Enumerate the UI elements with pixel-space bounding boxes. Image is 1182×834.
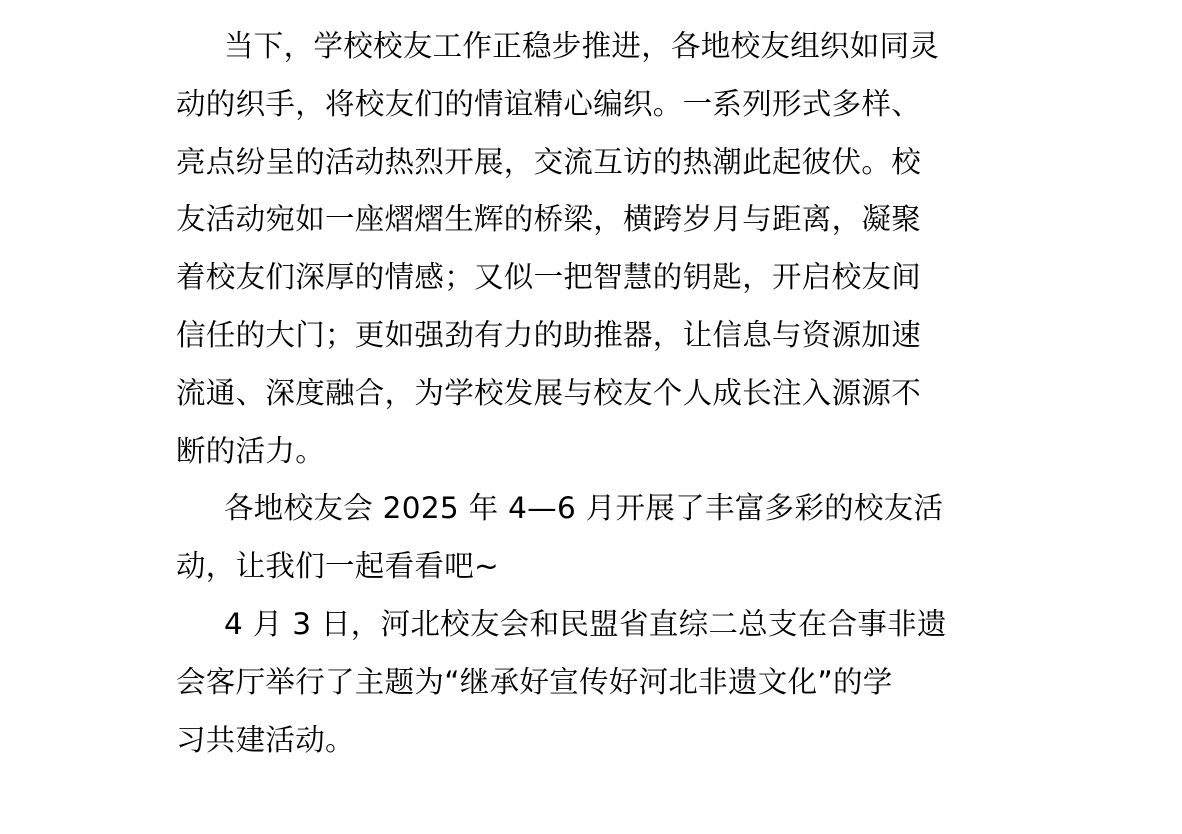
text-line: 各地校友会 2025 年 4—6 月开展了丰富多彩的校友活 [176,480,996,538]
text-line: 着校友们深厚的情感；又似一把智慧的钥匙，开启校友间 [176,249,996,307]
text-line: 亮点纷呈的活动热烈开展，交流互访的热潮此起彼伏。校 [176,134,996,192]
text-line: 当下，学校校友工作正稳步推进，各地校友组织如同灵 [176,18,996,76]
text-line: 友活动宛如一座熠熠生辉的桥梁，横跨岁月与距离，凝聚 [176,191,996,249]
text-line: 信任的大门；更如强劲有力的助推器，让信息与资源加速 [176,307,996,365]
text-line: 习共建活动。 [176,712,996,770]
text-line: 动的织手，将校友们的情谊精心编织。一系列形式多样、 [176,76,996,134]
text-line: 动，让我们一起看看吧~ [176,538,996,596]
paragraph-summary: 各地校友会 2025 年 4—6 月开展了丰富多彩的校友活 动，让我们一起看看吧… [176,480,996,596]
paragraph-intro: 当下，学校校友工作正稳步推进，各地校友组织如同灵 动的织手，将校友们的情谊精心编… [176,18,996,480]
text-line: 4 月 3 日，河北校友会和民盟省直综二总支在合事非遗 [176,596,996,654]
text-line: 断的活力。 [176,423,996,481]
text-line: 流通、深度融合，为学校发展与校友个人成长注入源源不 [176,365,996,423]
paragraph-event-april-3: 4 月 3 日，河北校友会和民盟省直综二总支在合事非遗 会客厅举行了主题为“继承… [176,596,996,769]
document-body: 当下，学校校友工作正稳步推进，各地校友组织如同灵 动的织手，将校友们的情谊精心编… [176,18,996,769]
text-line: 会客厅举行了主题为“继承好宣传好河北非遗文化”的学 [176,654,996,712]
